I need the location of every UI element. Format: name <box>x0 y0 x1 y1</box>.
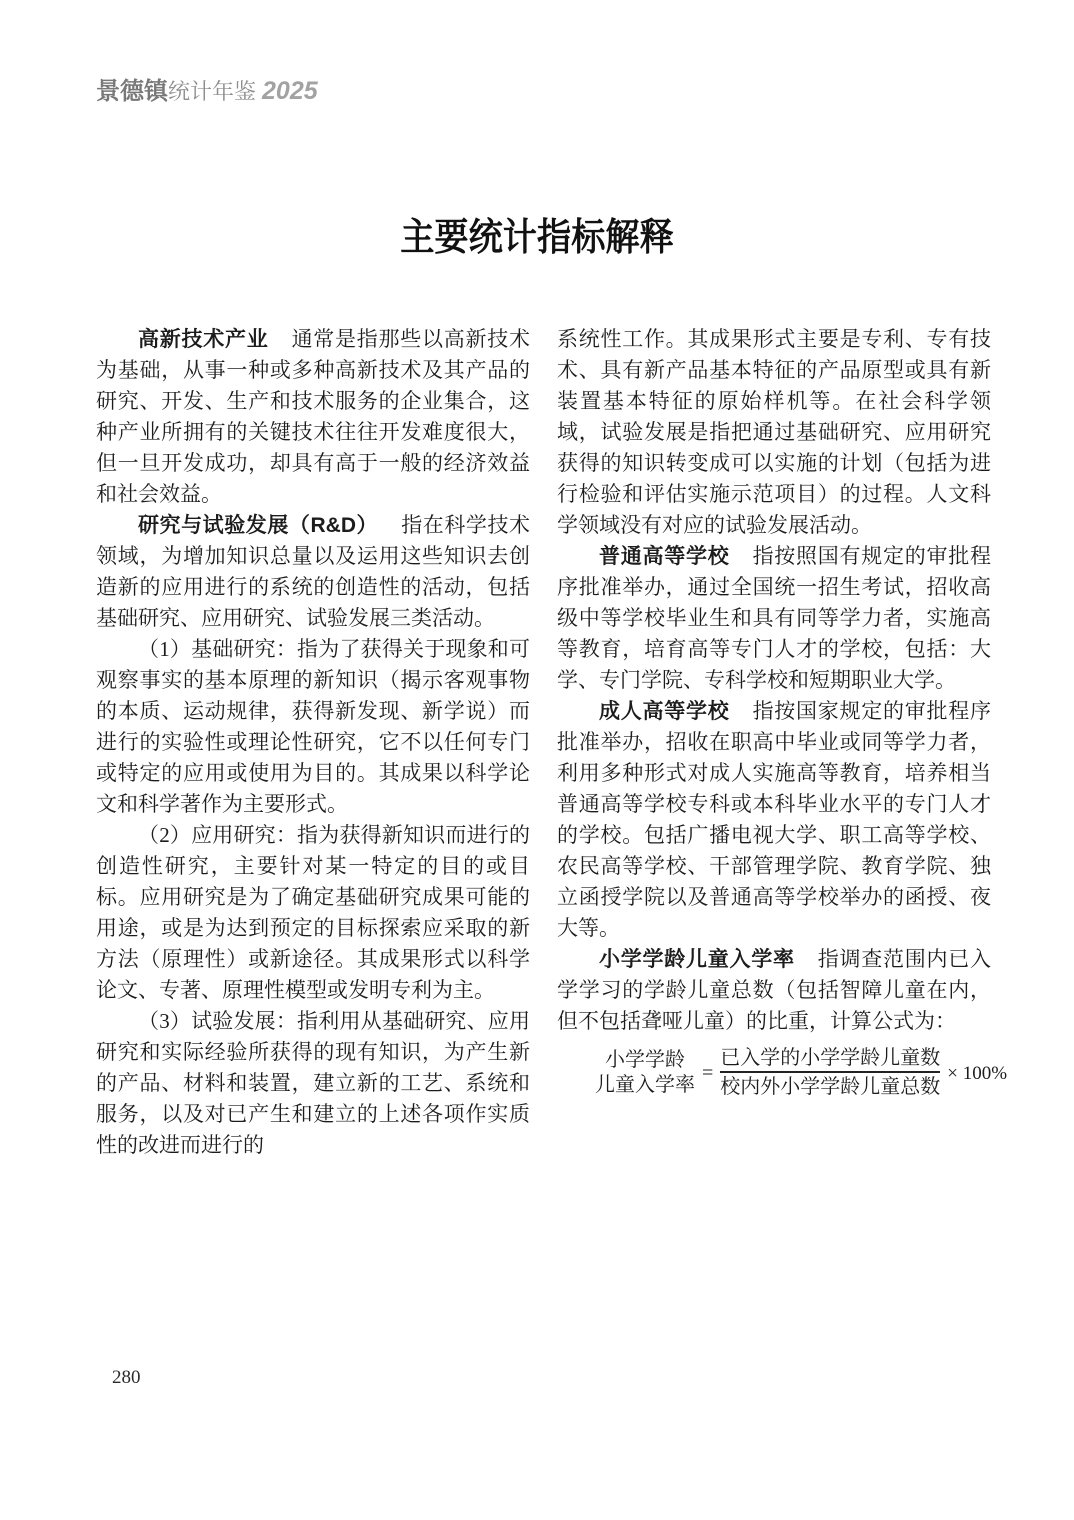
equals-sign: = <box>702 1061 713 1086</box>
chapter-title-row: 主要统计指标解释 <box>0 206 1074 261</box>
formula-multiplier: × 100% <box>947 1061 1007 1086</box>
left-column: 高新技术产业通常是指那些以高新技术为基础，从事一种或多种高新技术及其产品的研究、… <box>96 324 530 1161</box>
paragraph-experimental-development-continued: 系统性工作。其成果形式主要是专利、专有技术、具有新产品基本特征的产品原型或具有新… <box>557 324 991 541</box>
running-head: 景德镇统计年鉴2025 <box>96 76 318 110</box>
paragraph-regular-higher-education: 普通高等学校指按照国有规定的审批程序批准举办，通过全国统一招生考试，招收高级中等… <box>557 541 991 696</box>
paragraph-text: 指按国家规定的审批程序批准举办，招收在职高中毕业或同等学力者，利用多种形式对成人… <box>557 699 991 940</box>
page-number: 280 <box>112 1367 141 1389</box>
right-column: 系统性工作。其成果形式主要是专利、专有技术、具有新产品基本特征的产品原型或具有新… <box>557 324 991 1161</box>
formula-lhs: 小学学龄 儿童入学率 <box>595 1048 695 1098</box>
yearbook-page: 景德镇统计年鉴2025 主要统计指标解释 高新技术产业通常是指那些以高新技术为基… <box>0 0 1074 1520</box>
brand-year: 2025 <box>262 77 318 105</box>
paragraph-text: （1）基础研究：指为了获得关于现象和可观察事实的基本原理的新知识（揭示客观事物的… <box>96 637 530 816</box>
paragraph-text: 通常是指那些以高新技术为基础，从事一种或多种高新技术及其产品的研究、开发、生产和… <box>96 327 530 506</box>
paragraph-text: 系统性工作。其成果形式主要是专利、专有技术、具有新产品基本特征的产品原型或具有新… <box>557 327 991 537</box>
paragraph-text: （3）试验发展：指利用从基础研究、应用研究和实际经验所获得的现有知识，为产生新的… <box>96 1009 530 1157</box>
paragraph-experimental-development: （3）试验发展：指利用从基础研究、应用研究和实际经验所获得的现有知识，为产生新的… <box>96 1006 530 1161</box>
term-high-tech-industry: 高新技术产业 <box>138 328 268 351</box>
page-title: 主要统计指标解释 <box>400 206 674 261</box>
paragraph-enrollment-rate: 小学学龄儿童入学率指调查范围内已入学学习的学龄儿童总数（包括智障儿童在内，但不包… <box>557 944 991 1037</box>
formula-denominator: 校内外小学学龄儿童总数 <box>720 1071 940 1100</box>
term-rnd: 研究与试验发展（R&D） <box>138 514 378 537</box>
formula-lhs-line2: 儿童入学率 <box>595 1073 695 1098</box>
paragraph-applied-research: （2）应用研究：指为获得新知识而进行的创造性研究，主要针对某一特定的目的或目标。… <box>96 820 530 1006</box>
paragraph-basic-research: （1）基础研究：指为了获得关于现象和可观察事实的基本原理的新知识（揭示客观事物的… <box>96 634 530 820</box>
paragraph-text: （2）应用研究：指为获得新知识而进行的创造性研究，主要针对某一特定的目的或目标。… <box>96 823 530 1002</box>
formula-fraction: 已入学的小学学龄儿童数 校内外小学学龄儿童总数 <box>720 1046 940 1100</box>
brand-city-name: 景德镇 <box>96 78 168 105</box>
term-enrollment-rate: 小学学龄儿童入学率 <box>599 948 795 971</box>
body-columns: 高新技术产业通常是指那些以高新技术为基础，从事一种或多种高新技术及其产品的研究、… <box>96 324 991 1161</box>
paragraph-rnd: 研究与试验发展（R&D）指在科学技术领域，为增加知识总量以及运用这些知识去创造新… <box>96 510 530 634</box>
brand-yearbook-label: 统计年鉴 <box>168 79 256 104</box>
term-adult-higher-education: 成人高等学校 <box>599 700 729 723</box>
paragraph-high-tech-industry: 高新技术产业通常是指那些以高新技术为基础，从事一种或多种高新技术及其产品的研究、… <box>96 324 530 510</box>
term-regular-higher-education: 普通高等学校 <box>599 545 729 568</box>
formula-lhs-line1: 小学学龄 <box>595 1048 695 1073</box>
paragraph-adult-higher-education: 成人高等学校指按国家规定的审批程序批准举办，招收在职高中毕业或同等学力者，利用多… <box>557 696 991 944</box>
formula-numerator: 已入学的小学学龄儿童数 <box>720 1046 940 1071</box>
enrollment-rate-formula: 小学学龄 儿童入学率 = 已入学的小学学龄儿童数 校内外小学学龄儿童总数 × 1… <box>595 1046 991 1100</box>
